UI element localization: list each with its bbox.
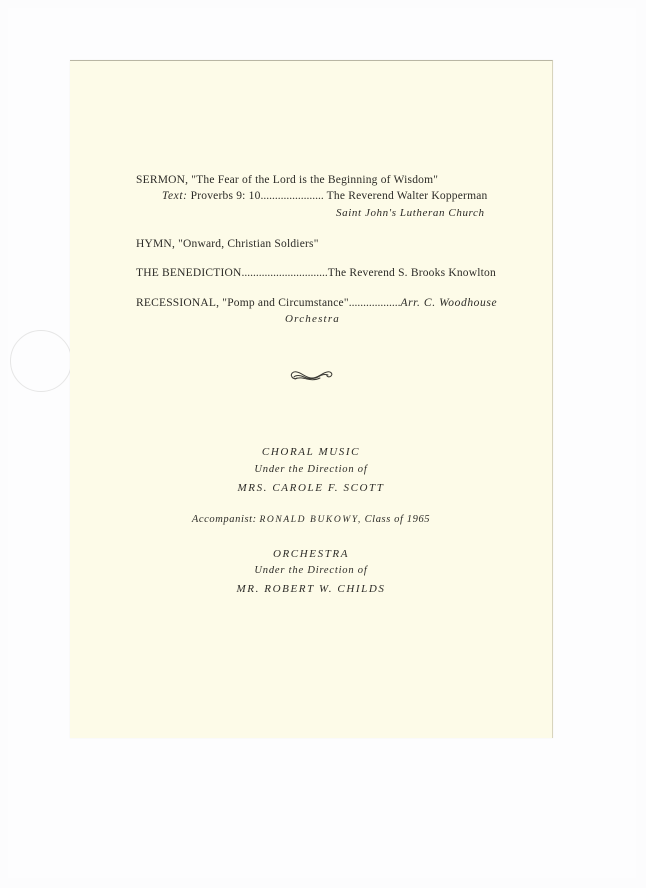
benediction-speaker: The Reverend S. Brooks Knowlton bbox=[328, 267, 496, 279]
choral-direction: Under the Direction of bbox=[70, 464, 552, 475]
recessional-arranger: Arr. C. Woodhouse bbox=[400, 297, 497, 309]
accompanist-name: RONALD BUKOWY, bbox=[260, 515, 362, 525]
program-page: SERMON, "The Fear of the Lord is the Beg… bbox=[70, 60, 553, 738]
sermon-title: SERMON, "The Fear of the Lord is the Beg… bbox=[136, 174, 438, 186]
sermon-affiliation: Saint John's Lutheran Church bbox=[336, 207, 485, 219]
dot-leader: ...................... bbox=[261, 190, 324, 202]
accompanist-class: Class of 1965 bbox=[365, 514, 431, 525]
accompanist-line: Accompanist: RONALD BUKOWY, Class of 196… bbox=[70, 513, 552, 525]
orchestra-heading: ORCHESTRA bbox=[70, 548, 552, 560]
recessional-performer: Orchestra bbox=[285, 313, 340, 325]
benediction-title: THE BENEDICTION bbox=[136, 267, 242, 279]
scan-artifact-arc bbox=[10, 330, 72, 392]
benediction-line: THE BENEDICTION.........................… bbox=[136, 267, 496, 279]
accompanist-label: Accompanist: bbox=[192, 514, 257, 525]
hymn-title: HYMN, "Onward, Christian Soldiers" bbox=[136, 238, 319, 250]
recessional-title: RECESSIONAL, "Pomp and Circumstance" bbox=[136, 297, 349, 309]
sermon-text-reference: Proverbs 9: 10 bbox=[191, 190, 261, 202]
sermon-text-label: Text: bbox=[162, 190, 188, 202]
dot-leader: .................. bbox=[349, 297, 401, 309]
dot-leader: .............................. bbox=[242, 267, 328, 279]
sermon-speaker: The Reverend Walter Kopperman bbox=[327, 190, 488, 202]
sermon-text-line: Text: Proverbs 9: 10....................… bbox=[162, 190, 487, 202]
choral-heading: CHORAL MUSIC bbox=[70, 446, 552, 458]
orchestra-director: MR. ROBERT W. CHILDS bbox=[70, 583, 552, 595]
recessional-line: RECESSIONAL, "Pomp and Circumstance"....… bbox=[136, 297, 497, 309]
orchestra-direction: Under the Direction of bbox=[70, 565, 552, 576]
choral-director: MRS. CAROLE F. SCOTT bbox=[70, 482, 552, 494]
scroll-flourish-icon bbox=[288, 366, 334, 384]
